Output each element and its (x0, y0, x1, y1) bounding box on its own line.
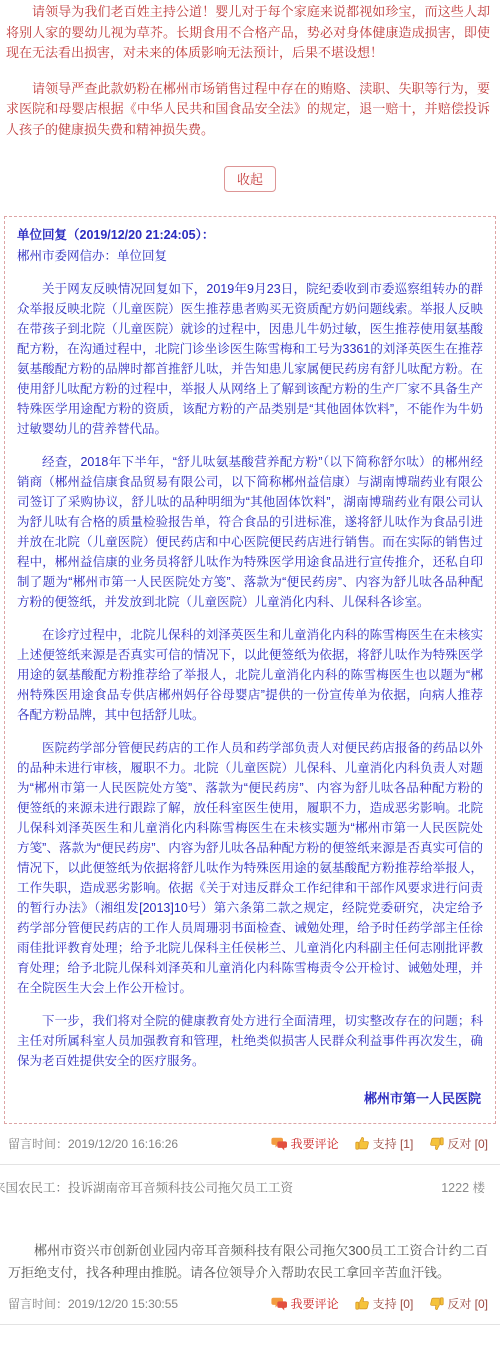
complaint-text-block: 请领导为我们老百姓主持公道！婴儿对于每个家庭来说都视如珍宝，而这些人却将别人家的… (0, 0, 500, 140)
reply-paragraph: 关于网友反映情况回复如下，2019年9月23日，院纪委收到市委巡察组转办的群众举… (17, 279, 483, 439)
thumbs-up-icon (355, 1296, 370, 1311)
reply-paragraph: 在诊疗过程中，北院儿保科的刘泽英医生和儿童消化内科的陈雪梅医生在未核实上述便签纸… (17, 625, 483, 725)
thumbs-down-icon (429, 1136, 444, 1151)
next-post-paragraph: 郴州市资兴市创新创业园内帝耳音频科技有限公司拖欠300员工工资合计约二百万拒绝支… (8, 1240, 488, 1284)
comment-button[interactable]: 我要评论 (271, 1295, 339, 1312)
next-post: 来国农民工：投诉湖南帝耳音频科技公司拖欠员工工资 1222 楼 郴州市资兴市创新… (0, 1165, 500, 1325)
comment-bubbles-icon (271, 1297, 288, 1311)
oppose-button[interactable]: 反对 [0] (429, 1135, 488, 1152)
support-button[interactable]: 支持 [1] (355, 1135, 414, 1152)
reply-signature: 郴州市第一人民医院 (17, 1089, 483, 1109)
complaint-paragraph: 请领导严查此款奶粉在郴州市场销售过程中存在的贿赂、渎职、失职等行为，要求医院和母… (6, 79, 490, 141)
thumbs-down-icon (429, 1296, 444, 1311)
post-time: 留言时间：2019/12/20 15:30:55 (8, 1295, 178, 1312)
support-button[interactable]: 支持 [0] (355, 1295, 414, 1312)
official-reply-box: 单位回复（2019/12/20 21:24:05）： 郴州市委网信办：单位回复 … (4, 216, 496, 1124)
next-post-meta-row: 留言时间：2019/12/20 15:30:55 我要评论 (0, 1284, 500, 1324)
collapse-row: 收起 (0, 166, 500, 192)
reply-paragraph: 医院药学部分管便民药店的工作人员和药学部负责人对便民药店报备的药品以外的品种未进… (17, 738, 483, 998)
oppose-button[interactable]: 反对 [0] (429, 1295, 488, 1312)
support-label: 支持 [0] (373, 1295, 414, 1312)
collapse-button[interactable]: 收起 (224, 166, 276, 192)
complaint-paragraph: 请领导为我们老百姓主持公道！婴儿对于每个家庭来说都视如珍宝，而这些人却将别人家的… (6, 2, 490, 64)
reply-header: 单位回复（2019/12/20 21:24:05）： (17, 225, 483, 245)
reply-paragraph: 下一步，我们将对全院的健康教育处方进行全面清理，切实整改存在的问题；科主任对所属… (17, 1011, 483, 1071)
post-actions: 我要评论 支持 [1] 反对 [0] (271, 1135, 488, 1152)
next-post-header: 来国农民工：投诉湖南帝耳音频科技公司拖欠员工工资 1222 楼 (0, 1165, 500, 1196)
comment-button[interactable]: 我要评论 (271, 1135, 339, 1152)
comment-label: 我要评论 (291, 1295, 339, 1312)
oppose-label: 反对 [0] (447, 1135, 488, 1152)
thumbs-up-icon (355, 1136, 370, 1151)
comment-label: 我要评论 (291, 1135, 339, 1152)
forum-page: 请领导为我们老百姓主持公道！婴儿对于每个家庭来说都视如珍宝，而这些人却将别人家的… (0, 0, 500, 1325)
post-actions: 我要评论 支持 [0] (271, 1295, 488, 1312)
reply-from: 郴州市委网信办：单位回复 (17, 246, 483, 266)
reply-meta-row: 留言时间：2019/12/20 16:16:26 我要评论 (0, 1124, 500, 1164)
next-post-title-text: 国农民工：投诉湖南帝耳音频科技公司拖欠员工工资 (6, 1181, 294, 1195)
oppose-label: 反对 [0] (447, 1295, 488, 1312)
next-post-title: 来国农民工：投诉湖南帝耳音频科技公司拖欠员工工资 (0, 1178, 293, 1196)
reply-paragraph: 经查，2018年下半年，“舒儿呔氨基酸营养配方粉”（以下简称舒尔呔）的郴州经销商… (17, 452, 483, 612)
comment-bubbles-icon (271, 1137, 288, 1151)
post-divider (0, 1324, 500, 1325)
floor-number: 1222 楼 (441, 1178, 485, 1196)
next-post-body: 郴州市资兴市创新创业园内帝耳音频科技有限公司拖欠300员工工资合计约二百万拒绝支… (8, 1240, 488, 1284)
support-label: 支持 [1] (373, 1135, 414, 1152)
post-time: 留言时间：2019/12/20 16:16:26 (8, 1135, 178, 1152)
